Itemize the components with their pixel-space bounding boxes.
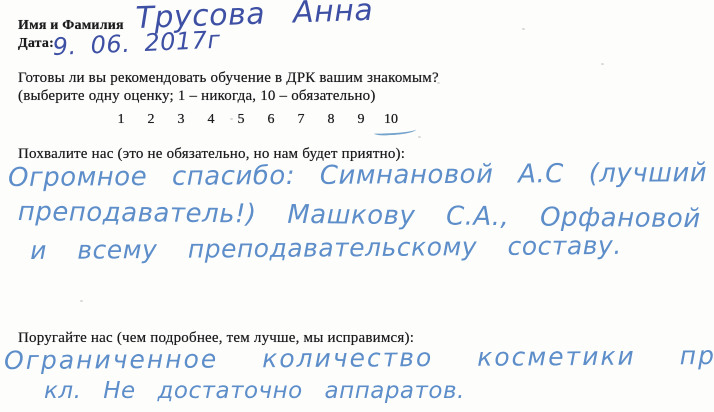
scan-speckle	[522, 28, 525, 30]
praise-handwriting-line-2: преподаватель!) Машкову С.А., Орфановой	[18, 197, 701, 234]
scan-speckle	[437, 82, 440, 84]
praise-handwriting-line-1: Огромное спасибо: Симнановой А.С (лучший	[8, 158, 707, 193]
rating-option-4: 4	[196, 112, 226, 128]
rating-option-5: 5	[226, 112, 256, 128]
scan-speckle	[418, 136, 421, 138]
date-value-handwriting: 9. 06. 2017г	[52, 26, 221, 61]
feedback-form-scan: Имя и Фамилия Дата: Трусова Анна 9. 06. …	[0, 0, 714, 412]
praise-handwriting-line-3: и всему преподавательскому составу.	[30, 231, 622, 265]
rating-option-8: 8	[316, 112, 346, 128]
rating-option-10: 10	[376, 112, 406, 128]
scan-speckle	[601, 63, 604, 65]
rating-option-9: 9	[346, 112, 376, 128]
criticism-handwriting-line-2: кл. Не достаточно аппаратов.	[44, 378, 465, 404]
rating-scale: 1 2 3 4 5 6 7 8 9 10	[106, 112, 406, 128]
rating-option-2: 2	[136, 112, 166, 128]
scan-speckle	[80, 300, 83, 302]
criticism-handwriting-line-1: Ограниченное количество косметики премиу…	[4, 340, 714, 375]
recommend-question-hint: (выберите одну оценку; 1 – никогда, 10 –…	[18, 88, 376, 105]
rating-option-6: 6	[256, 112, 286, 128]
selected-rating-underline-mark	[374, 127, 416, 136]
rating-option-3: 3	[166, 112, 196, 128]
rating-option-1: 1	[106, 112, 136, 128]
date-label: Дата:	[18, 36, 54, 52]
recommend-question: Готовы ли вы рекомендовать обучение в ДР…	[18, 70, 439, 87]
rating-option-7: 7	[286, 112, 316, 128]
scan-speckle	[230, 118, 233, 120]
